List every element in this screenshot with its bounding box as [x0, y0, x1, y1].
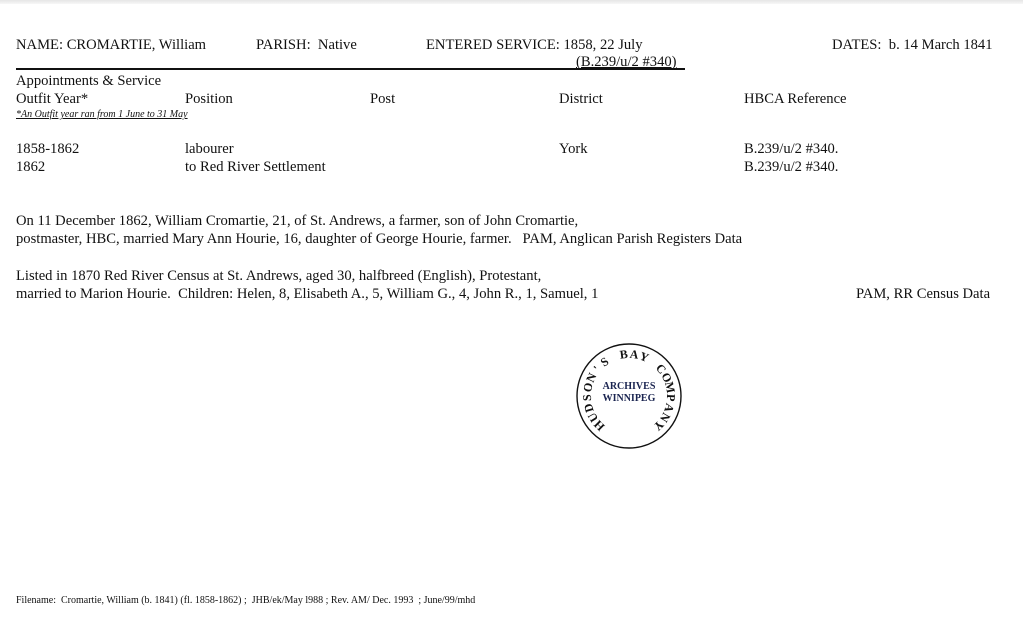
appointments-section-title: Appointments & Service [16, 73, 161, 90]
column-header-outfit-year: Outfit Year* [16, 91, 88, 108]
entered-service-value: 1858, 22 July [563, 37, 642, 53]
column-header-hbca-reference: HBCA Reference [744, 91, 847, 108]
page-top-edge [0, 0, 1023, 4]
note-line: Listed in 1870 Red River Census at St. A… [16, 268, 541, 285]
stamp-seal-icon: HUDSON'S BAY COMPANY ARCHIVES WINNIPEG [566, 334, 692, 460]
svg-text:WINNIPEG: WINNIPEG [603, 393, 656, 404]
column-header-position: Position [185, 91, 233, 108]
entered-service-label: ENTERED SERVICE: [426, 37, 560, 53]
column-header-post: Post [370, 91, 395, 108]
header-divider [16, 68, 685, 70]
dates-field: DATES: b. 14 March 1841 [832, 37, 993, 54]
svg-text:M: M [662, 380, 678, 394]
note-line: On 11 December 1862, William Cromartie, … [16, 213, 578, 230]
svg-text:B: B [619, 347, 629, 362]
row-outfit-year: 1862 [16, 159, 45, 176]
svg-text:ARCHIVES: ARCHIVES [603, 381, 656, 392]
svg-text:Y: Y [638, 349, 651, 365]
svg-text:S: S [598, 354, 612, 369]
dates-label: DATES: [832, 37, 881, 53]
parish-label: PARISH: [256, 37, 311, 53]
row-district: York [559, 141, 588, 158]
name-value: CROMARTIE, William [67, 37, 206, 53]
row-position: labourer [185, 141, 234, 158]
parish-value: Native [318, 37, 357, 53]
row-hbca-reference: B.239/u/2 #340. [744, 159, 838, 176]
outfit-year-footnote: *An Outfit year ran from 1 June to 31 Ma… [16, 109, 188, 120]
row-position: to Red River Settlement [185, 159, 326, 176]
note-line: married to Marion Hourie. Children: Hele… [16, 286, 598, 303]
note-source: PAM, RR Census Data [856, 286, 990, 303]
row-outfit-year: 1858-1862 [16, 141, 79, 158]
svg-text:S: S [580, 394, 594, 402]
column-header-district: District [559, 91, 603, 108]
svg-text:P: P [664, 394, 678, 402]
note-line: postmaster, HBC, married Mary Ann Hourie… [16, 231, 742, 248]
name-field: NAME: CROMARTIE, William [16, 37, 206, 54]
row-hbca-reference: B.239/u/2 #340. [744, 141, 838, 158]
dates-value: b. 14 March 1841 [889, 37, 993, 53]
parish-field: PARISH: Native [256, 37, 357, 54]
filename-footer: Filename: Cromartie, William (b. 1841) (… [16, 595, 475, 607]
hbc-archives-stamp: HUDSON'S BAY COMPANY ARCHIVES WINNIPEG [566, 334, 692, 460]
name-label: NAME: [16, 37, 63, 53]
entered-service-field: ENTERED SERVICE: 1858, 22 July [426, 37, 643, 54]
